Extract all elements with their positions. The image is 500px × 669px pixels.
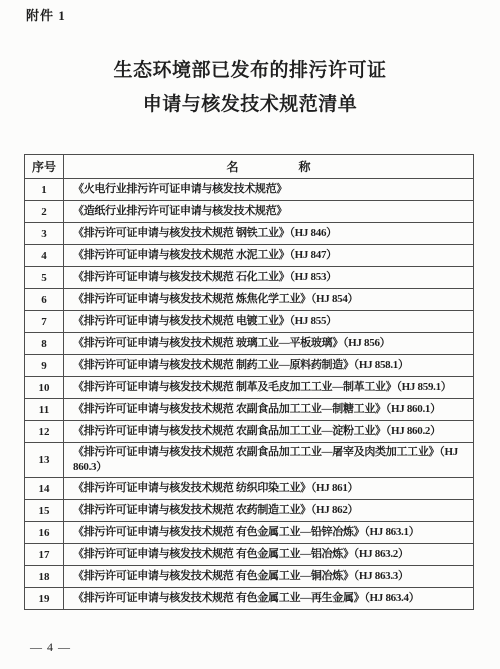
table-row: 18《排污许可证申请与核发技术规范 有色金属工业—铜冶炼》（HJ 863.3） [25,566,474,588]
row-name-cell: 《排污许可证申请与核发技术规范 农副食品加工工业—淀粉工业》（HJ 860.2） [64,421,474,443]
row-name-cell: 《排污许可证申请与核发技术规范 水泥工业》（HJ 847） [64,245,474,267]
document-title: 生态环境部已发布的排污许可证 申请与核发技术规范清单 [0,54,500,122]
table-row: 19《排污许可证申请与核发技术规范 有色金属工业—再生金属》（HJ 863.4） [25,588,474,610]
row-name-cell: 《排污许可证申请与核发技术规范 有色金属工业—铝冶炼》（HJ 863.2） [64,544,474,566]
row-index-cell: 8 [25,333,64,355]
row-index-cell: 5 [25,267,64,289]
row-name-cell: 《排污许可证申请与核发技术规范 有色金属工业—铅锌冶炼》（HJ 863.1） [64,522,474,544]
row-name-cell: 《排污许可证申请与核发技术规范 农药制造工业》（HJ 862） [64,500,474,522]
row-name-cell: 《排污许可证申请与核发技术规范 农副食品加工工业—制糖工业》（HJ 860.1） [64,399,474,421]
row-name-cell: 《排污许可证申请与核发技术规范 玻璃工业—平板玻璃》（HJ 856） [64,333,474,355]
row-index-cell: 19 [25,588,64,610]
row-name-cell: 《排污许可证申请与核发技术规范 农副食品加工工业—屠宰及肉类加工工业》（HJ 8… [64,443,474,478]
table-row: 14《排污许可证申请与核发技术规范 纺织印染工业》（HJ 861） [25,478,474,500]
table-row: 12《排污许可证申请与核发技术规范 农副食品加工工业—淀粉工业》（HJ 860.… [25,421,474,443]
row-index-cell: 2 [25,201,64,223]
table-row: 8《排污许可证申请与核发技术规范 玻璃工业—平板玻璃》（HJ 856） [25,333,474,355]
col-header-index: 序号 [25,155,64,179]
table-row: 17《排污许可证申请与核发技术规范 有色金属工业—铝冶炼》（HJ 863.2） [25,544,474,566]
table-row: 16《排污许可证申请与核发技术规范 有色金属工业—铅锌冶炼》（HJ 863.1） [25,522,474,544]
row-index-cell: 16 [25,522,64,544]
table-row: 4《排污许可证申请与核发技术规范 水泥工业》（HJ 847） [25,245,474,267]
row-name-cell: 《排污许可证申请与核发技术规范 石化工业》（HJ 853） [64,267,474,289]
table-row: 6《排污许可证申请与核发技术规范 炼焦化学工业》（HJ 854） [25,289,474,311]
row-index-cell: 1 [25,179,64,201]
table-row: 11《排污许可证申请与核发技术规范 农副食品加工工业—制糖工业》（HJ 860.… [25,399,474,421]
header-row: 序号 名 称 [25,155,474,179]
table-row: 7《排污许可证申请与核发技术规范 电镀工业》（HJ 855） [25,311,474,333]
row-name-cell: 《排污许可证申请与核发技术规范 炼焦化学工业》（HJ 854） [64,289,474,311]
row-name-cell: 《排污许可证申请与核发技术规范 有色金属工业—铜冶炼》（HJ 863.3） [64,566,474,588]
spec-table: 序号 名 称 1《火电行业排污许可证申请与核发技术规范》2《造纸行业排污许可证申… [24,154,474,610]
row-index-cell: 3 [25,223,64,245]
table-row: 1《火电行业排污许可证申请与核发技术规范》 [25,179,474,201]
row-index-cell: 7 [25,311,64,333]
row-index-cell: 12 [25,421,64,443]
document-page: 附件 1 生态环境部已发布的排污许可证 申请与核发技术规范清单 序号 名 称 1… [0,0,500,669]
row-index-cell: 9 [25,355,64,377]
row-name-cell: 《排污许可证申请与核发技术规范 制革及毛皮加工工业—制革工业》（HJ 859.1… [64,377,474,399]
col-header-name: 名 称 [64,155,474,179]
row-index-cell: 6 [25,289,64,311]
attachment-label: 附件 1 [26,5,66,24]
row-index-cell: 17 [25,544,64,566]
row-name-cell: 《排污许可证申请与核发技术规范 钢铁工业》（HJ 846） [64,223,474,245]
page-number: — 4 — [30,640,71,655]
row-index-cell: 15 [25,500,64,522]
table-row: 5《排污许可证申请与核发技术规范 石化工业》（HJ 853） [25,267,474,289]
row-index-cell: 10 [25,377,64,399]
row-name-cell: 《造纸行业排污许可证申请与核发技术规范》 [64,201,474,223]
row-index-cell: 13 [25,443,64,478]
row-name-cell: 《排污许可证申请与核发技术规范 制药工业—原料药制造》（HJ 858.1） [64,355,474,377]
table-row: 2《造纸行业排污许可证申请与核发技术规范》 [25,201,474,223]
table-row: 9《排污许可证申请与核发技术规范 制药工业—原料药制造》（HJ 858.1） [25,355,474,377]
table-row: 13《排污许可证申请与核发技术规范 农副食品加工工业—屠宰及肉类加工工业》（HJ… [25,443,474,478]
row-index-cell: 4 [25,245,64,267]
document-title-line1: 生态环境部已发布的排污许可证 [0,54,500,88]
table-row: 10《排污许可证申请与核发技术规范 制革及毛皮加工工业—制革工业》（HJ 859… [25,377,474,399]
document-title-line2: 申请与核发技术规范清单 [0,88,500,122]
row-index-cell: 11 [25,399,64,421]
row-name-cell: 《排污许可证申请与核发技术规范 有色金属工业—再生金属》（HJ 863.4） [64,588,474,610]
row-name-cell: 《排污许可证申请与核发技术规范 纺织印染工业》（HJ 861） [64,478,474,500]
row-name-cell: 《火电行业排污许可证申请与核发技术规范》 [64,179,474,201]
table-row: 3《排污许可证申请与核发技术规范 钢铁工业》（HJ 846） [25,223,474,245]
spec-table-header: 序号 名 称 [25,155,474,179]
table-row: 15《排污许可证申请与核发技术规范 农药制造工业》（HJ 862） [25,500,474,522]
row-name-cell: 《排污许可证申请与核发技术规范 电镀工业》（HJ 855） [64,311,474,333]
row-index-cell: 14 [25,478,64,500]
row-index-cell: 18 [25,566,64,588]
spec-table-body: 1《火电行业排污许可证申请与核发技术规范》2《造纸行业排污许可证申请与核发技术规… [25,179,474,610]
